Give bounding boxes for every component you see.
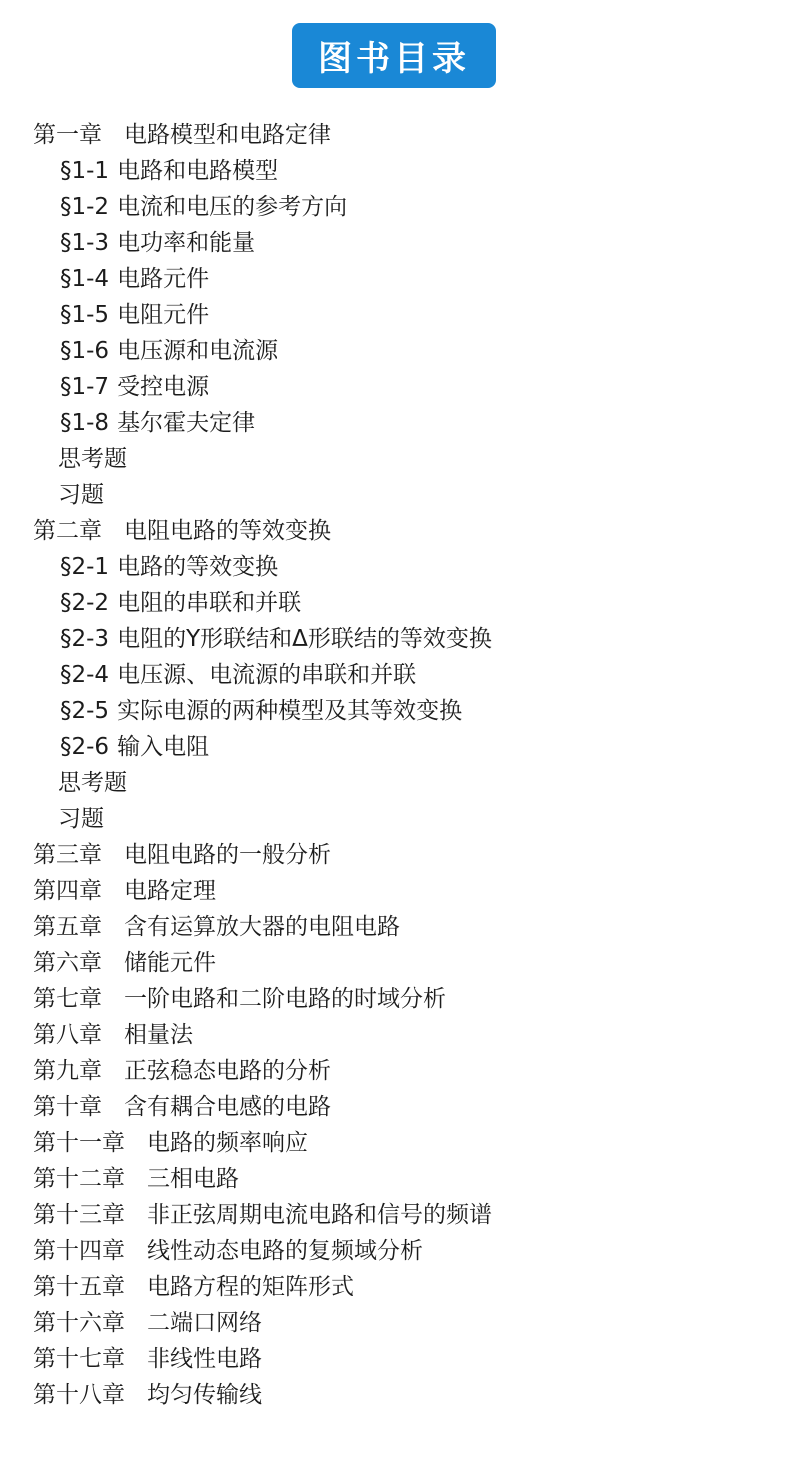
- section-number: §2-1: [60, 549, 109, 585]
- section-number: §2-4: [60, 657, 109, 693]
- section-number: §1-2: [60, 189, 109, 225]
- toc-chapter: 第一章电路模型和电路定律: [0, 117, 790, 153]
- toc-section: §2-4电压源、电流源的串联和并联: [0, 657, 790, 693]
- chapter-number: 第八章: [33, 1017, 102, 1053]
- entry-title: 电阻电路的等效变换: [124, 518, 331, 544]
- entry-title: 三相电路: [147, 1166, 239, 1192]
- toc-chapter: 第八章相量法: [0, 1017, 790, 1053]
- toc-section: §1-4电路元件: [0, 261, 790, 297]
- entry-title: 非正弦周期电流电路和信号的频谱: [147, 1202, 492, 1228]
- entry-title: 非线性电路: [147, 1346, 262, 1372]
- title-badge: 图书目录: [292, 23, 496, 88]
- entry-title: 电路元件: [117, 266, 209, 292]
- entry-title: 电压源、电流源的串联和并联: [117, 662, 416, 688]
- section-number: §1-1: [60, 153, 109, 189]
- entry-title: 电阻电路的一般分析: [124, 842, 331, 868]
- section-number: §1-6: [60, 333, 109, 369]
- toc-chapter: 第二章电阻电路的等效变换: [0, 513, 790, 549]
- entry-title: 电阻元件: [117, 302, 209, 328]
- page-title: 图书目录: [318, 31, 470, 80]
- table-of-contents: 第一章电路模型和电路定律§1-1电路和电路模型§1-2电流和电压的参考方向§1-…: [0, 117, 790, 1413]
- toc-extra: 习题: [0, 801, 790, 837]
- toc-extra: 思考题: [0, 765, 790, 801]
- entry-title: 电功率和能量: [117, 230, 255, 256]
- entry-title: 电阻的Y形联结和Δ形联结的等效变换: [117, 626, 492, 652]
- entry-title: 习题: [58, 482, 104, 508]
- entry-title: 储能元件: [124, 950, 216, 976]
- toc-chapter: 第十章含有耦合电感的电路: [0, 1089, 790, 1125]
- toc-chapter: 第十七章非线性电路: [0, 1341, 790, 1377]
- entry-title: 正弦稳态电路的分析: [124, 1058, 331, 1084]
- toc-chapter: 第十五章电路方程的矩阵形式: [0, 1269, 790, 1305]
- section-number: §1-5: [60, 297, 109, 333]
- section-number: §1-3: [60, 225, 109, 261]
- chapter-number: 第十七章: [33, 1341, 125, 1377]
- toc-section: §2-5实际电源的两种模型及其等效变换: [0, 693, 790, 729]
- toc-section: §2-3电阻的Y形联结和Δ形联结的等效变换: [0, 621, 790, 657]
- entry-title: 思考题: [58, 446, 127, 472]
- chapter-number: 第十章: [33, 1089, 102, 1125]
- entry-title: 电路模型和电路定律: [124, 122, 331, 148]
- toc-chapter: 第三章电阻电路的一般分析: [0, 837, 790, 873]
- entry-title: 电阻的串联和并联: [117, 590, 301, 616]
- section-number: §1-7: [60, 369, 109, 405]
- toc-section: §1-2电流和电压的参考方向: [0, 189, 790, 225]
- entry-title: 实际电源的两种模型及其等效变换: [117, 698, 462, 724]
- chapter-number: 第四章: [33, 873, 102, 909]
- toc-section: §1-7受控电源: [0, 369, 790, 405]
- entry-title: 输入电阻: [117, 734, 209, 760]
- entry-title: 基尔霍夫定律: [117, 410, 255, 436]
- entry-title: 电流和电压的参考方向: [117, 194, 347, 220]
- section-number: §1-4: [60, 261, 109, 297]
- toc-section: §2-6输入电阻: [0, 729, 790, 765]
- entry-title: 电路的频率响应: [147, 1130, 308, 1156]
- toc-section: §1-8基尔霍夫定律: [0, 405, 790, 441]
- toc-extra: 习题: [0, 477, 790, 513]
- chapter-number: 第一章: [33, 117, 102, 153]
- chapter-number: 第七章: [33, 981, 102, 1017]
- toc-chapter: 第九章正弦稳态电路的分析: [0, 1053, 790, 1089]
- section-number: §1-8: [60, 405, 109, 441]
- entry-title: 电路定理: [124, 878, 216, 904]
- toc-chapter: 第十六章二端口网络: [0, 1305, 790, 1341]
- entry-title: 电路和电路模型: [117, 158, 278, 184]
- entry-title: 电路的等效变换: [117, 554, 278, 580]
- toc-section: §2-2电阻的串联和并联: [0, 585, 790, 621]
- entry-title: 一阶电路和二阶电路的时域分析: [124, 986, 446, 1012]
- toc-section: §1-1电路和电路模型: [0, 153, 790, 189]
- toc-section: §1-6电压源和电流源: [0, 333, 790, 369]
- toc-chapter: 第十三章非正弦周期电流电路和信号的频谱: [0, 1197, 790, 1233]
- toc-chapter: 第五章含有运算放大器的电阻电路: [0, 909, 790, 945]
- entry-title: 含有运算放大器的电阻电路: [124, 914, 400, 940]
- toc-chapter: 第六章储能元件: [0, 945, 790, 981]
- section-number: §2-2: [60, 585, 109, 621]
- toc-chapter: 第十一章电路的频率响应: [0, 1125, 790, 1161]
- chapter-number: 第二章: [33, 513, 102, 549]
- entry-title: 习题: [58, 806, 104, 832]
- entry-title: 均匀传输线: [147, 1382, 262, 1408]
- entry-title: 二端口网络: [147, 1310, 262, 1336]
- section-number: §2-5: [60, 693, 109, 729]
- chapter-number: 第三章: [33, 837, 102, 873]
- chapter-number: 第十三章: [33, 1197, 125, 1233]
- toc-chapter: 第十二章三相电路: [0, 1161, 790, 1197]
- entry-title: 电路方程的矩阵形式: [147, 1274, 354, 1300]
- chapter-number: 第十四章: [33, 1233, 125, 1269]
- toc-section: §1-3电功率和能量: [0, 225, 790, 261]
- section-number: §2-6: [60, 729, 109, 765]
- chapter-number: 第十一章: [33, 1125, 125, 1161]
- toc-section: §1-5电阻元件: [0, 297, 790, 333]
- toc-chapter: 第四章电路定理: [0, 873, 790, 909]
- toc-extra: 思考题: [0, 441, 790, 477]
- chapter-number: 第十八章: [33, 1377, 125, 1413]
- entry-title: 电压源和电流源: [117, 338, 278, 364]
- toc-chapter: 第十八章均匀传输线: [0, 1377, 790, 1413]
- chapter-number: 第六章: [33, 945, 102, 981]
- toc-section: §2-1电路的等效变换: [0, 549, 790, 585]
- chapter-number: 第九章: [33, 1053, 102, 1089]
- entry-title: 受控电源: [117, 374, 209, 400]
- chapter-number: 第十六章: [33, 1305, 125, 1341]
- chapter-number: 第十五章: [33, 1269, 125, 1305]
- toc-chapter: 第七章一阶电路和二阶电路的时域分析: [0, 981, 790, 1017]
- toc-chapter: 第十四章线性动态电路的复频域分析: [0, 1233, 790, 1269]
- entry-title: 含有耦合电感的电路: [124, 1094, 331, 1120]
- entry-title: 思考题: [58, 770, 127, 796]
- entry-title: 相量法: [124, 1022, 193, 1048]
- chapter-number: 第十二章: [33, 1161, 125, 1197]
- chapter-number: 第五章: [33, 909, 102, 945]
- entry-title: 线性动态电路的复频域分析: [147, 1238, 423, 1264]
- section-number: §2-3: [60, 621, 109, 657]
